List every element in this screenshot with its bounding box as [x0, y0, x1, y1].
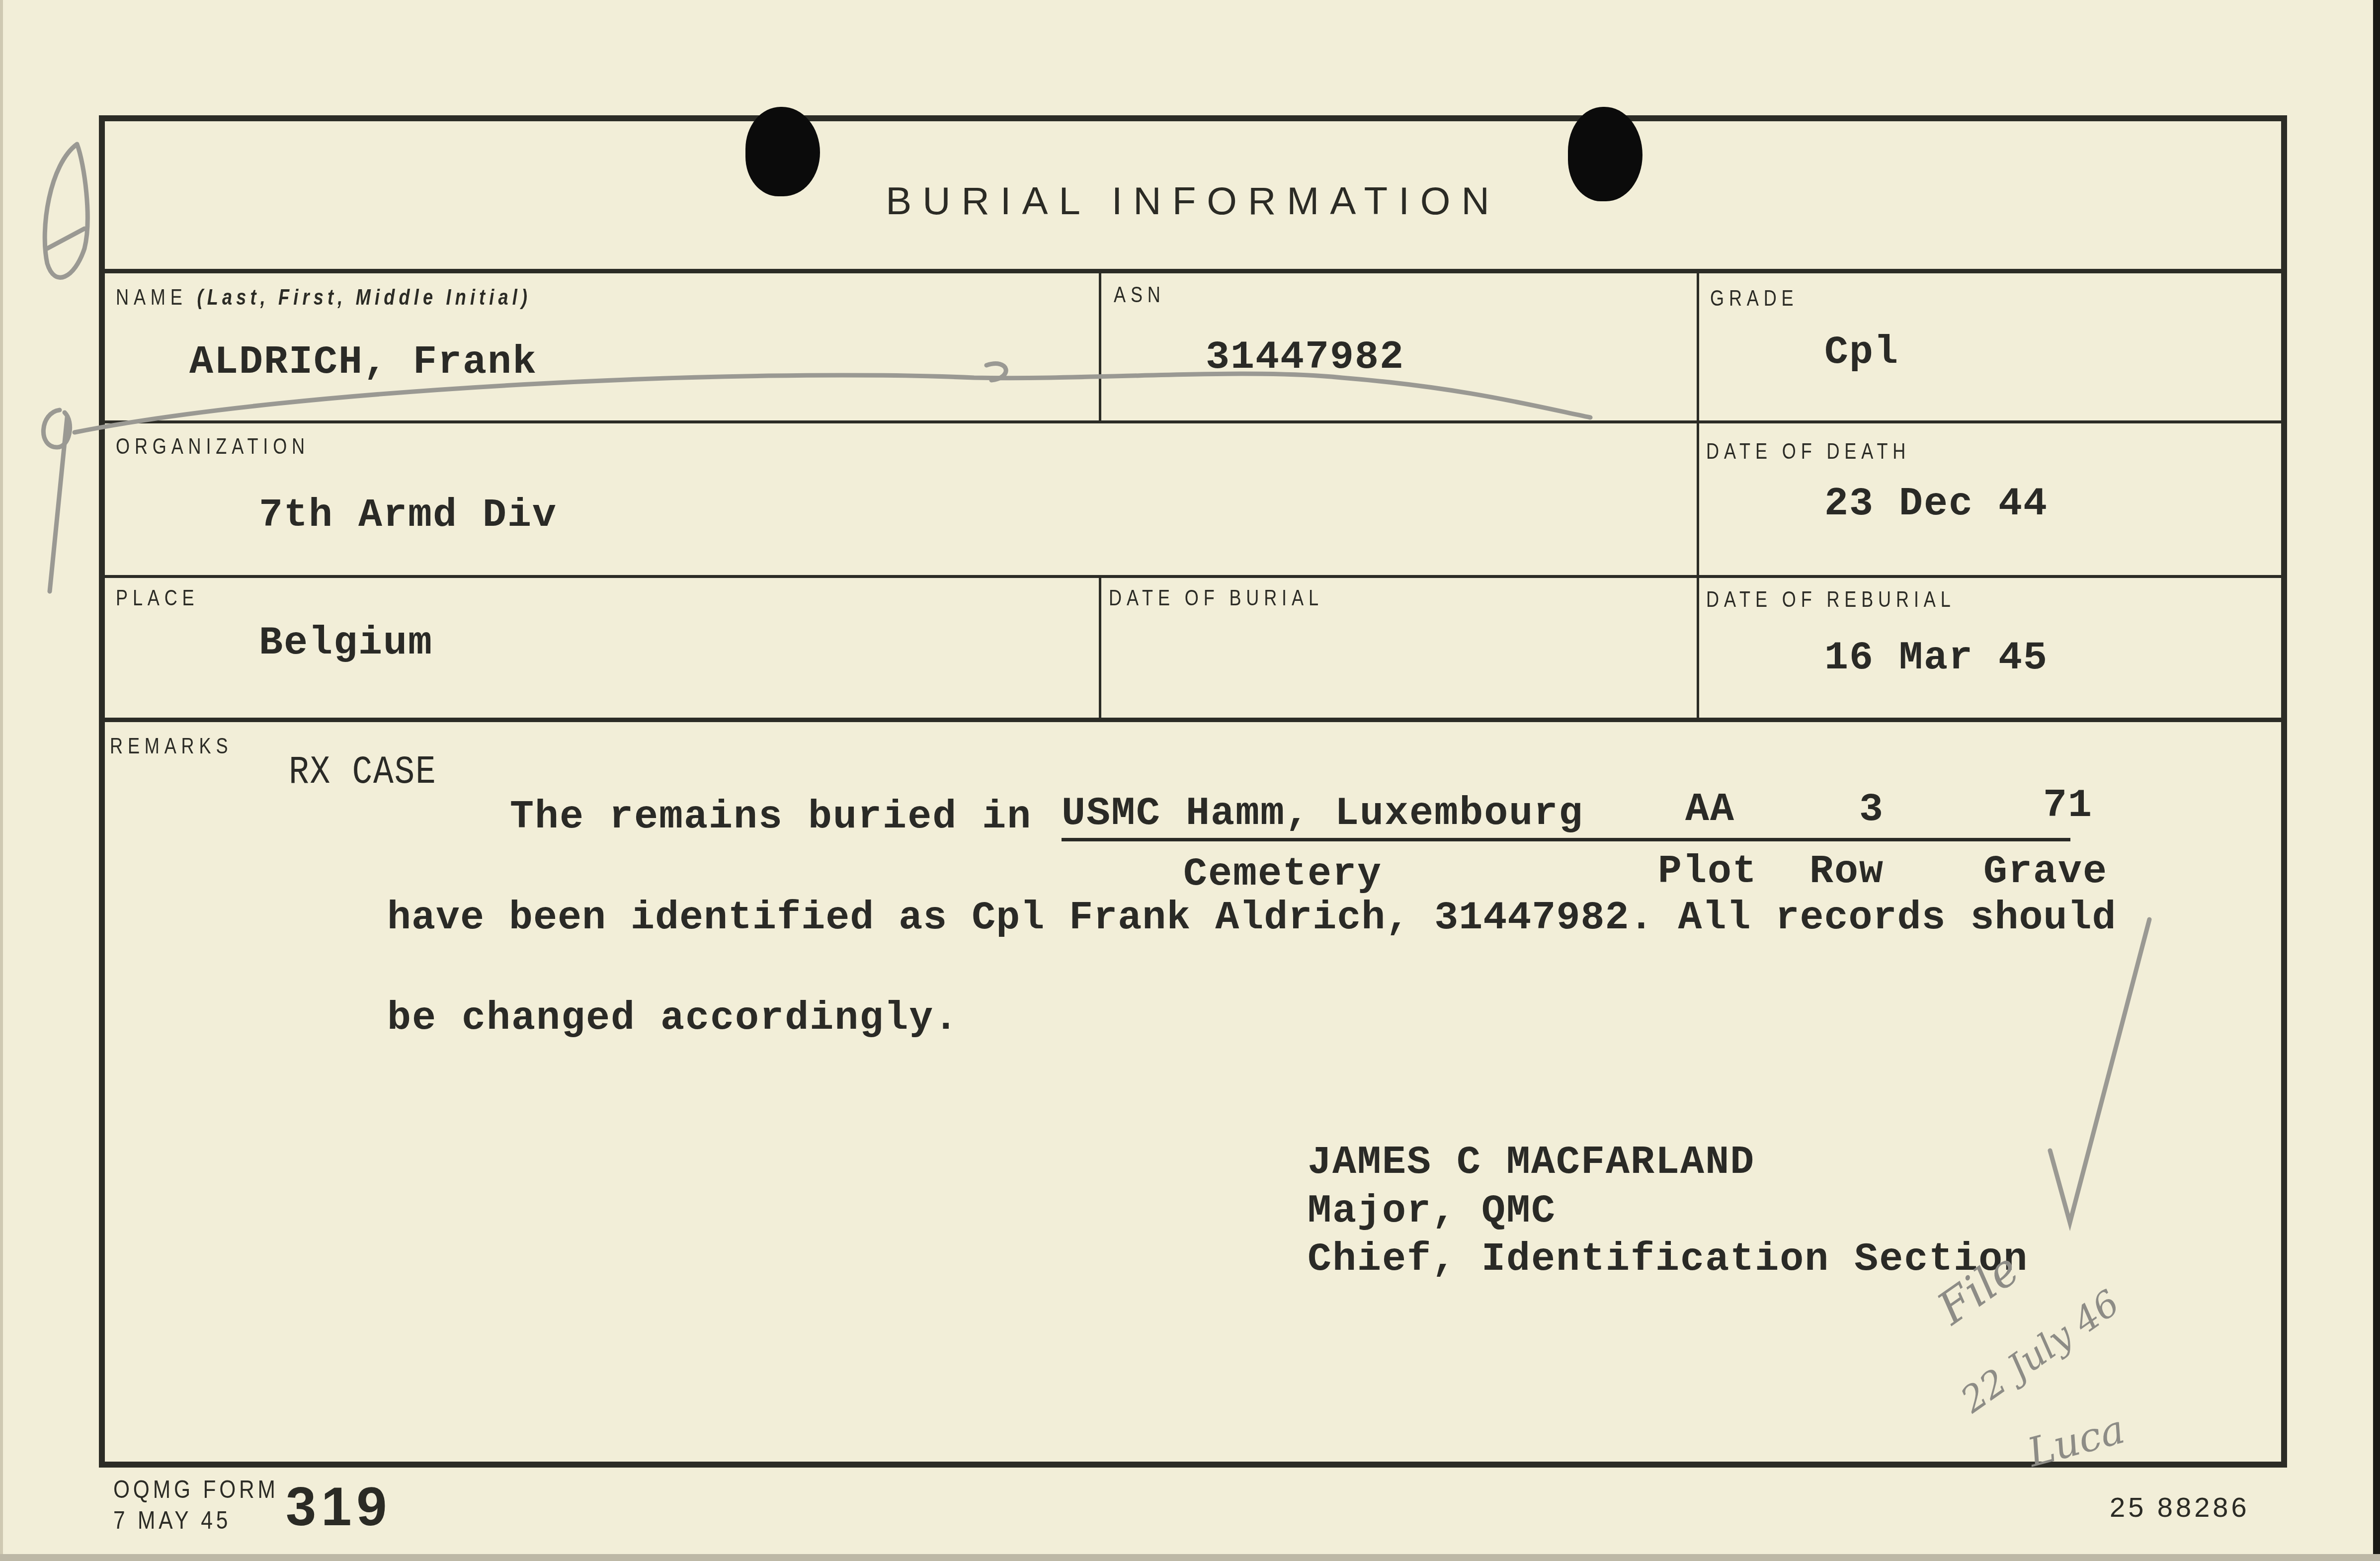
paper-edge [0, 0, 3, 1561]
place-value: Belgium [259, 621, 433, 666]
form-number: 319 [286, 1475, 392, 1538]
rx-case: RX CASE [289, 750, 437, 795]
scan-border-bottom [0, 1554, 2380, 1561]
divider [1099, 576, 1101, 720]
caption-grave: Grave [1983, 849, 2108, 895]
grade-label: GRADE [1710, 286, 1799, 311]
date-of-reburial-value: 16 Mar 45 [1824, 636, 2048, 681]
caption-cemetery: Cemetery [1183, 852, 1382, 897]
date-of-death-value: 23 Dec 44 [1824, 482, 2048, 527]
date-of-death-label: DATE OF DEATH [1706, 439, 1910, 464]
plot-value: AA [1685, 787, 1735, 832]
organization-label: ORGANIZATION [116, 434, 310, 459]
burial-form: BURIAL INFORMATION NAME (Last, First, Mi… [99, 115, 2287, 1468]
divider [105, 718, 2281, 722]
divider [105, 420, 2281, 423]
remarks-underline [1062, 838, 2070, 841]
form-date: 7 MAY 45 [113, 1506, 231, 1535]
punch-hole-left [745, 107, 820, 196]
signature-rank: Major, QMC [1308, 1189, 1556, 1234]
signature-name: JAMES C MACFARLAND [1308, 1140, 1755, 1185]
place-label: PLACE [116, 586, 199, 611]
divider [105, 575, 2281, 578]
divider [105, 269, 2281, 273]
organization-value: 7th Armd Div [259, 493, 557, 538]
divider [1697, 272, 1699, 719]
form-title: BURIAL INFORMATION [105, 178, 2281, 224]
form-prefix: OQMG FORM [113, 1475, 279, 1504]
serial-number: 25 88286 [2110, 1491, 2250, 1523]
cemetery-value: USMC Hamm, Luxembourg [1062, 791, 1583, 836]
row-value: 3 [1859, 787, 1884, 832]
grave-value: 71 [2043, 783, 2093, 828]
caption-plot: Plot [1658, 849, 1757, 895]
grade-value: Cpl [1824, 330, 1899, 375]
punch-hole-right [1568, 107, 1642, 201]
scan-border [2373, 0, 2380, 1561]
divider [1099, 272, 1101, 422]
remarks-line3: be changed accordingly. [387, 996, 959, 1041]
remarks-line2: have been identified as Cpl Frank Aldric… [387, 896, 2117, 941]
name-value: ALDRICH, Frank [189, 340, 537, 385]
remarks-label: REMARKS [110, 734, 233, 759]
date-of-reburial-label: DATE OF REBURIAL [1706, 587, 1956, 612]
remarks-line1-prefix: The remains buried in [510, 795, 1032, 840]
caption-row: Row [1809, 849, 1884, 895]
signature-title: Chief, Identification Section [1308, 1237, 2028, 1282]
date-of-burial-label: DATE OF BURIAL [1109, 586, 1323, 611]
asn-label: ASN [1114, 283, 1165, 308]
asn-value: 31447982 [1206, 335, 1404, 380]
name-label: NAME (Last, First, Middle Initial) [116, 285, 531, 310]
